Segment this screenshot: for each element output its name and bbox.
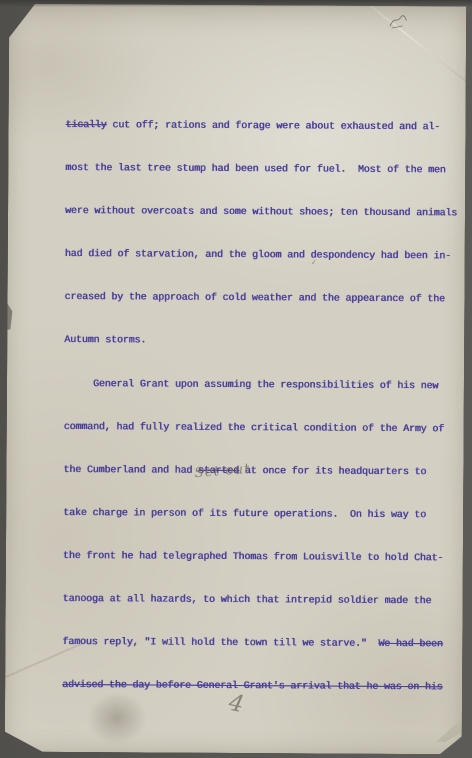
typed-text: the front he had telegraphed Thomas from… [63, 551, 443, 564]
typed-text: tanooga at all hazards, to which that in… [63, 594, 432, 607]
text-line: advised the day before General Grant's a… [62, 664, 454, 709]
text-line: most the last tree stump had been used f… [65, 147, 457, 192]
text-line: the front he had telegraphed Thomas from… [63, 535, 455, 580]
photo-backdrop: { "theme": { "backdrop": "#55544f", "pap… [0, 0, 472, 758]
text-line: had died of starvation, and the gloom an… [65, 233, 457, 278]
typed-text: famous reply, "I will hold the town till… [62, 637, 378, 650]
text-line: were without overcoats and some without … [65, 190, 457, 235]
struck-text: We had been [378, 639, 442, 650]
paper-crease [356, 0, 472, 88]
folded-corner [436, 718, 462, 742]
typed-text: take charge in person of its future oper… [63, 508, 426, 521]
typed-text: cut off; rations and forage were about e… [106, 120, 440, 133]
text-line: General Grant upon assuming the responsi… [64, 363, 456, 408]
struck-text: tically [66, 120, 107, 131]
struck-text: startedSet out [198, 466, 239, 477]
typed-text: despondency✓ [310, 251, 374, 262]
text-line: command, had fully realized the critical… [64, 406, 456, 451]
typed-text: creased by the approach of cold weather … [64, 292, 444, 305]
typed-text: Autumn storms. [64, 335, 146, 347]
typed-text: command, had fully realized the critical… [64, 422, 444, 435]
pencil-scribble-icon [387, 14, 409, 30]
text-line: the Cumberland and had startedSet out at… [63, 449, 455, 494]
struck-text: advised the day before General Grant's a… [62, 680, 442, 693]
typed-text: General Grant upon assuming the responsi… [93, 379, 438, 392]
typed-text: were without overcoats and some without … [65, 206, 457, 219]
typed-text: at once for its headquarters to [239, 466, 426, 478]
handwritten-correction: Set out [192, 447, 252, 495]
document-page: tically cut off; rations and forage were… [5, 4, 467, 755]
typed-text-block: tically cut off; rations and forage were… [62, 104, 458, 710]
text-line: Autumn storms. [64, 319, 456, 364]
text-line: famous reply, "I will hold the town till… [62, 621, 454, 666]
typed-text: most the last tree stump had been used f… [65, 163, 445, 176]
text-line: tanooga at all hazards, to which that in… [63, 578, 455, 623]
text-line: creased by the approach of cold weather … [64, 276, 456, 321]
typed-text: had died of starvation, and the gloom an… [65, 249, 311, 262]
typed-text: had been in- [375, 251, 451, 262]
typed-text: the Cumberland and had [63, 465, 198, 477]
text-line: take charge in person of its future oper… [63, 492, 455, 537]
paper-edge-tear [7, 304, 12, 330]
text-line: tically cut off; rations and forage were… [65, 104, 457, 149]
